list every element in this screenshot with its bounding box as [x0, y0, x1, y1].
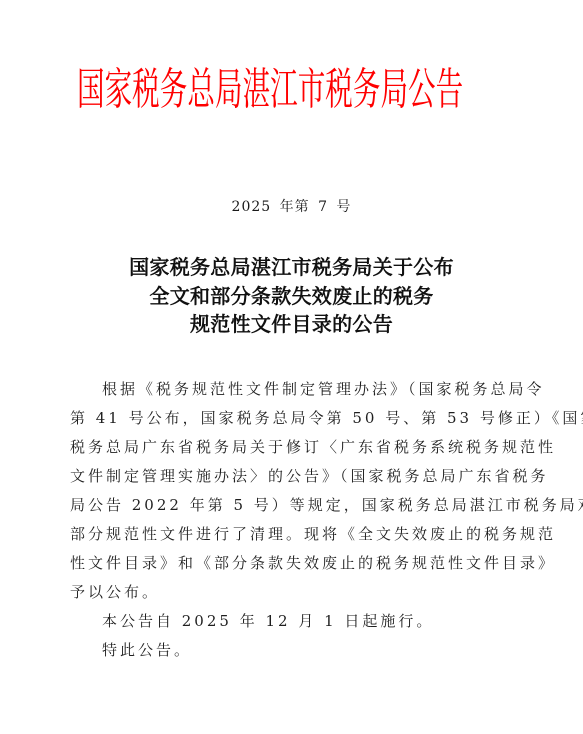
body-paragraph-1-line-8: 予以公布。 [70, 578, 510, 607]
effective-date-paragraph: 本公告自 2025 年 12 月 1 日起施行。 [70, 607, 510, 636]
title-line-1: 国家税务总局湛江市税务局关于公布 [0, 253, 583, 282]
closing-paragraph: 特此公告。 [70, 636, 510, 665]
body-paragraph-1-line-1: 根据《税务规范性文件制定管理办法》（国家税务总局令 [70, 375, 510, 404]
document-title: 国家税务总局湛江市税务局关于公布 全文和部分条款失效废止的税务 规范性文件目录的… [0, 253, 583, 339]
title-line-3: 规范性文件目录的公告 [0, 310, 583, 339]
body-paragraph-1-line-5: 局公告 2022 年第 5 号）等规定，国家税务总局湛江市税务局对 [70, 491, 510, 520]
body-paragraph-1-line-3: 税务总局广东省税务局关于修订〈广东省税务系统税务规范性 [70, 433, 510, 462]
body-paragraph-1-line-6: 部分规范性文件进行了清理。现将《全文失效废止的税务规范 [70, 520, 510, 549]
body-paragraph-1-line-7: 性文件目录》和《部分条款失效废止的税务规范性文件目录》 [70, 549, 510, 578]
masthead-title: 国家税务总局湛江市税务局公告 [77, 64, 463, 116]
document-number: 2025 年第 7 号 [0, 197, 583, 217]
masthead: 国家税务总局湛江市税务局公告 [77, 64, 518, 116]
title-line-2: 全文和部分条款失效废止的税务 [0, 282, 583, 311]
body-paragraph-1-line-4: 文件制定管理实施办法〉的公告》（国家税务总局广东省税务 [70, 462, 510, 491]
body-paragraph-1-line-2: 第 41 号公布，国家税务总局令第 50 号、第 53 号修正）《国家 [70, 404, 510, 433]
document-body: 根据《税务规范性文件制定管理办法》（国家税务总局令 第 41 号公布，国家税务总… [70, 375, 510, 665]
